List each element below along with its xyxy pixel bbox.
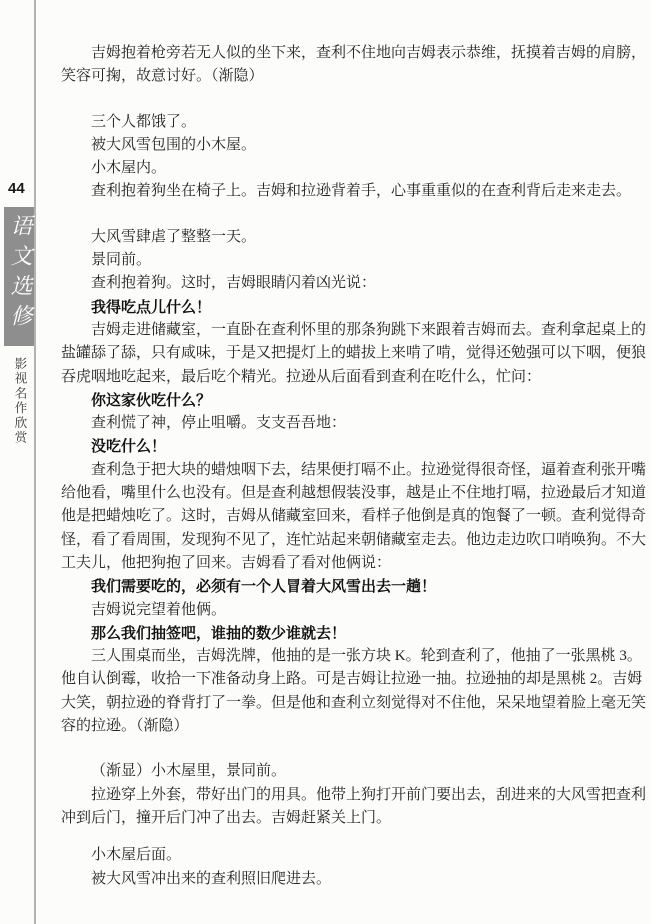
- margin-divider-rule: [34, 0, 36, 924]
- script-line: 笑容可掬，故意讨好。（渐隐）: [61, 65, 646, 88]
- script-line: 拉逊穿上外套，带好出门的用具。他带上狗打开前门要出去，刮进来的大风雪把查利: [61, 784, 646, 807]
- script-line-dialogue: 我们需要吃的，必须有一个人冒着大风雪出去一趟！: [61, 575, 646, 598]
- script-line: 查利急于把大块的蜡烛咽下去，结果便打嗝不止。拉逊觉得很奇怪，逼着查利张开嘴: [61, 459, 646, 482]
- script-line: 大笑，朝拉逊的脊背打了一拳。但是他和查利立刻觉得对不住他，呆呆地望着脸上毫无笑: [61, 692, 646, 715]
- script-line: 吉姆说完望着他俩。: [61, 599, 646, 622]
- script-line: 工夫儿，他把狗抱了回来。吉姆看了看对他俩说：: [61, 552, 646, 575]
- script-line: 他是把蜡烛吃了。这时，吉姆从储藏室回来，看样子他倒是真的饱餐了一顿。查利觉得奇: [61, 505, 646, 528]
- script-line: 小木屋内。: [61, 157, 646, 180]
- script-line-dialogue: 没吃什么！: [61, 435, 646, 458]
- script-line: 怪，看了看周围，发现狗不见了，连忙站起来朝储藏室走去。他边走边吹口哨唤狗。不大: [61, 529, 646, 552]
- script-line: （渐显）小木屋里，景同前。: [61, 760, 646, 783]
- series-title-vertical: 语文选修: [4, 214, 34, 334]
- script-line: 查利慌了神，停止咀嚼。支支吾吾地：: [61, 412, 646, 435]
- series-title-block: 语文选修: [4, 207, 34, 346]
- script-line: 容的拉逊。（渐隐）: [61, 715, 646, 738]
- page-number: 44: [8, 180, 34, 197]
- script-line: 被大风雪包围的小木屋。: [61, 134, 646, 157]
- script-line: 查利抱着狗坐在椅子上。吉姆和拉逊背着手，心事重重似的在查利背后走来走去。: [61, 180, 646, 203]
- script-line-dialogue: 我得吃点儿什么！: [61, 296, 646, 319]
- script-line-dialogue: 你这家伙吃什么？: [61, 389, 646, 412]
- script-line: 小木屋后面。: [61, 844, 646, 867]
- subject-label-vertical: 影视名作欣赏: [11, 357, 29, 457]
- script-line: 冲到后门，撞开后门冲了出去。吉姆赶紧关上门。: [61, 807, 646, 830]
- script-line: 他自认倒霉，收拾一下准备动身上路。可是吉姆让拉逊一抽。拉逊抽的却是黑桃 2。吉姆: [61, 668, 646, 691]
- script-line: 三个人都饿了。: [61, 111, 646, 134]
- script-line: 景同前。: [61, 249, 646, 272]
- script-line: 吉姆走进储藏室，一直卧在查利怀里的那条狗跳下来跟着吉姆而去。查利拿起桌上的: [61, 319, 646, 342]
- script-line: 吉姆抱着枪旁若无人似的坐下来，查利不住地向吉姆表示恭维，抚摸着吉姆的肩膀，: [61, 42, 646, 65]
- script-line: 查利抱着狗。这时，吉姆眼睛闪着凶光说：: [61, 272, 646, 295]
- script-line: 盐罐舔了舔，只有咸味，于是又把提灯上的蜡拔上来啃了啃，觉得还勉强可以下咽，便狼: [61, 342, 646, 365]
- textbook-page: 44 语文选修 影视名作欣赏 吉姆抱着枪旁若无人似的坐下来，查利不住地向吉姆表示…: [0, 0, 650, 924]
- script-line: 吞虎咽地吃起来，最后吃个精光。拉逊从后面看到查利在吃什么，忙问：: [61, 366, 646, 389]
- script-line: 三人围桌而坐，吉姆洗牌，他抽的是一张方块 K。轮到查利了，他抽了一张黑桃 3。: [61, 645, 646, 668]
- script-line: 被大风雪冲出来的查利照旧爬进去。: [61, 868, 646, 891]
- script-line-dialogue: 那么我们抽签吧，谁抽的数少谁就去！: [61, 622, 646, 645]
- script-line: 给他看，嘴里什么也没有。但是查利越想假装没事，越是止不住地打嗝，拉逊最后才知道: [61, 482, 646, 505]
- script-text-block: 吉姆抱着枪旁若无人似的坐下来，查利不住地向吉姆表示恭维，抚摸着吉姆的肩膀，笑容可…: [61, 42, 646, 891]
- script-line: 大风雪肆虐了整整一天。: [61, 226, 646, 249]
